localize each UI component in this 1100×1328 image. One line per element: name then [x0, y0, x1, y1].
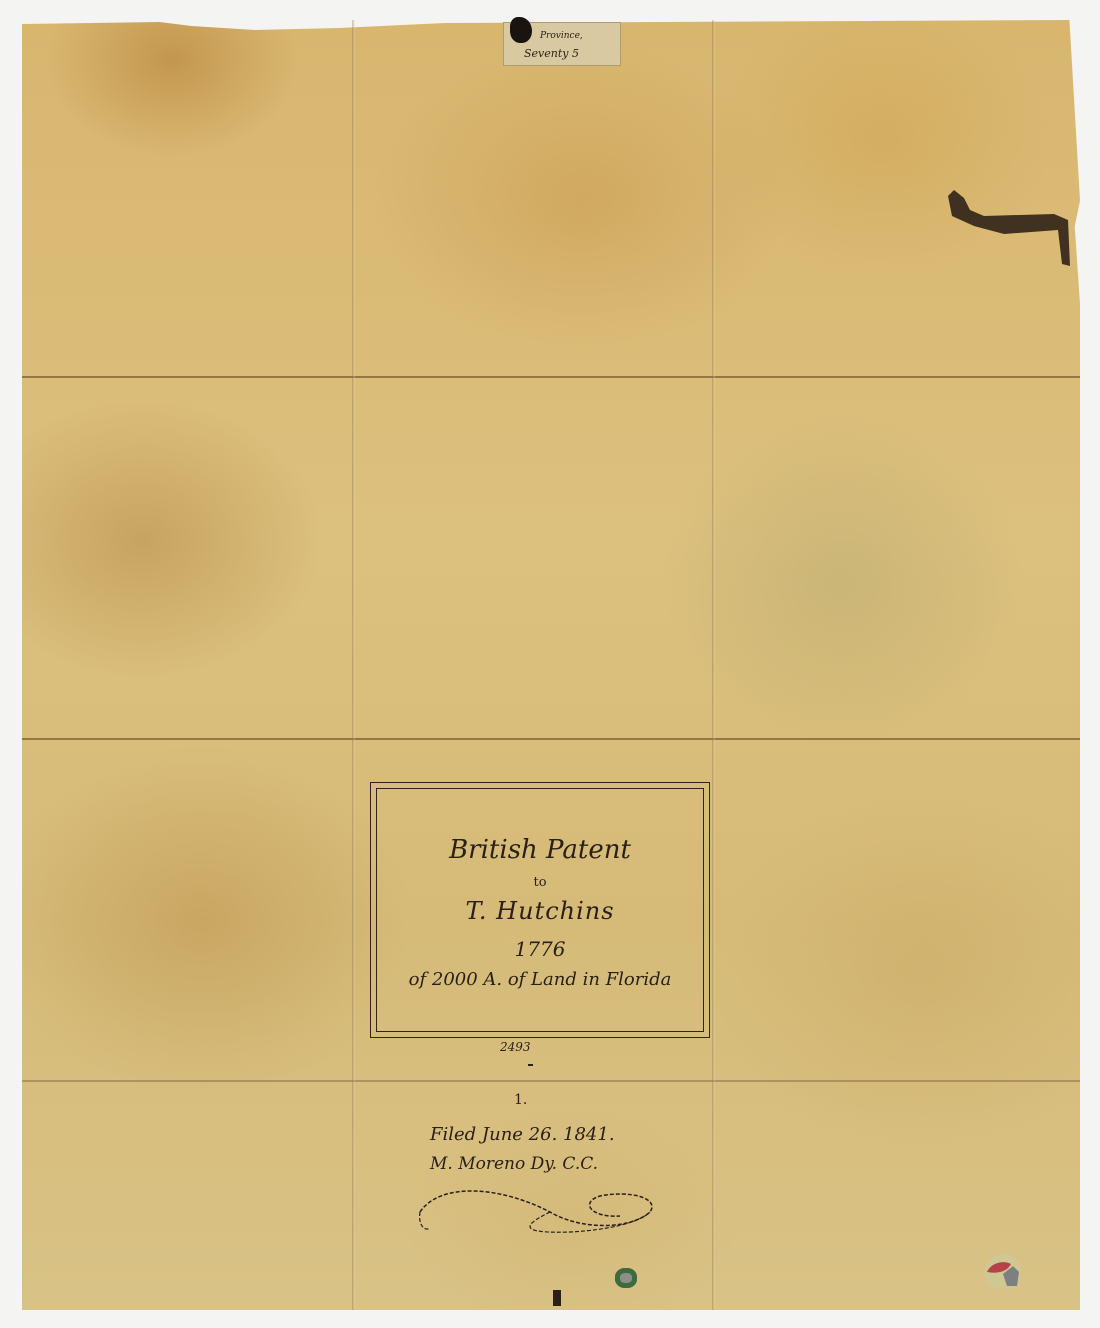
reference-number: 2493: [500, 1040, 531, 1054]
ink-stain-icon: [944, 186, 1072, 266]
vertical-fold-line: [712, 20, 715, 1310]
item-number: 1.: [514, 1092, 527, 1108]
label-line-2: Seventy 5: [524, 47, 579, 60]
top-paper-label: Province, Seventy 5: [503, 22, 621, 66]
ink-fold-mark-icon: [553, 1290, 561, 1306]
docket-title: British Patent: [371, 835, 709, 865]
signature-flourish-icon: [410, 1172, 670, 1242]
green-stain-icon: [615, 1268, 637, 1288]
wax-blot-icon: [510, 17, 532, 43]
docket-frame: British Patent to T. Hutchins 1776 of 20…: [370, 782, 710, 1038]
docket-to: to: [371, 875, 709, 890]
docket-year: 1776: [371, 937, 709, 961]
docket-grantee: T. Hutchins: [371, 897, 709, 925]
label-line-1: Province,: [540, 31, 583, 41]
dash-mark: [528, 1064, 533, 1066]
filing-date: Filed June 26. 1841.: [430, 1124, 615, 1145]
horizontal-fold-line: [22, 738, 1080, 740]
red-seal-remnant-icon: [983, 1252, 1023, 1288]
horizontal-fold-line: [22, 1080, 1080, 1082]
vertical-fold-line: [352, 20, 355, 1310]
horizontal-fold-line: [22, 376, 1080, 378]
docket-description: of 2000 A. of Land in Florida: [371, 969, 709, 990]
clerk-signature: M. Moreno Dy. C.C.: [430, 1154, 598, 1174]
parchment-document: [22, 20, 1080, 1310]
